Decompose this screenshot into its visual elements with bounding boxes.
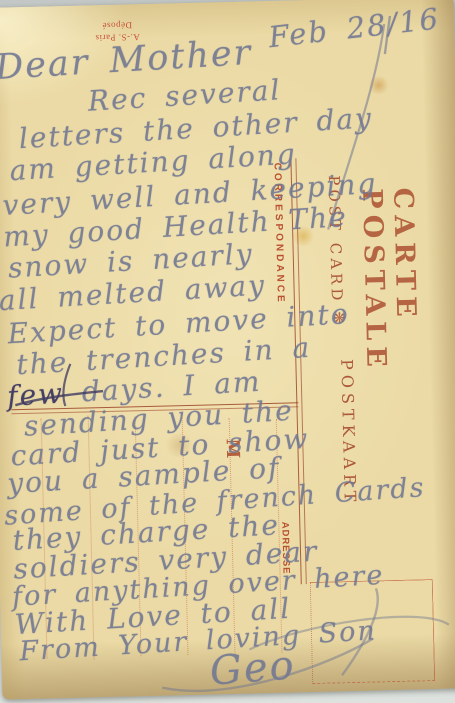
printed-title-french: CARTE POSTALE bbox=[356, 187, 425, 456]
date-inscription: Feb 28/16 bbox=[267, 1, 442, 54]
signature: Geo bbox=[208, 642, 297, 694]
stain-spot bbox=[367, 76, 389, 95]
postcard-scan: A.-S. Paris Déposé CORRESPONDANCE POST C… bbox=[0, 0, 455, 703]
postcard: A.-S. Paris Déposé CORRESPONDANCE POST C… bbox=[0, 0, 455, 700]
publisher-mark-line2: Déposé bbox=[102, 20, 132, 31]
